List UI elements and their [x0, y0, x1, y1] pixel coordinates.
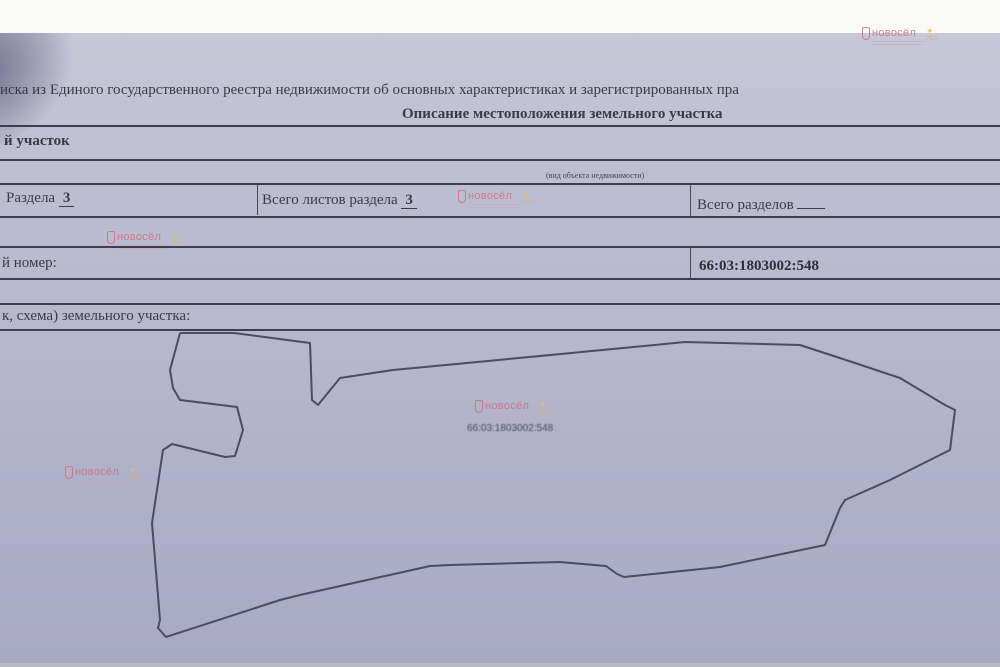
watermark: новосёл ✦УБА: [458, 190, 534, 208]
star-icon: ✦: [522, 190, 534, 199]
watermark: новосёл ✦УБА: [65, 466, 141, 484]
novosel-logo-icon: [107, 231, 115, 244]
watermark: новосёл ✦УБА: [107, 231, 183, 249]
star-icon: ✦: [539, 400, 551, 409]
novosel-logo-icon: [65, 466, 73, 479]
star-icon: ✦: [171, 231, 183, 240]
novosel-logo-icon: [862, 27, 870, 40]
star-icon: ✦: [129, 466, 141, 475]
plot-cadastral-label: 66:03:1803002:548: [467, 423, 553, 434]
star-icon: ✦: [926, 27, 938, 36]
watermark: новосёл ✦УБА: [862, 27, 938, 45]
novosel-logo-icon: [458, 190, 466, 203]
watermark: новосёл ✦УБА: [475, 400, 551, 418]
land-plot-outline: [0, 0, 1000, 667]
novosel-logo-icon: [475, 400, 483, 413]
